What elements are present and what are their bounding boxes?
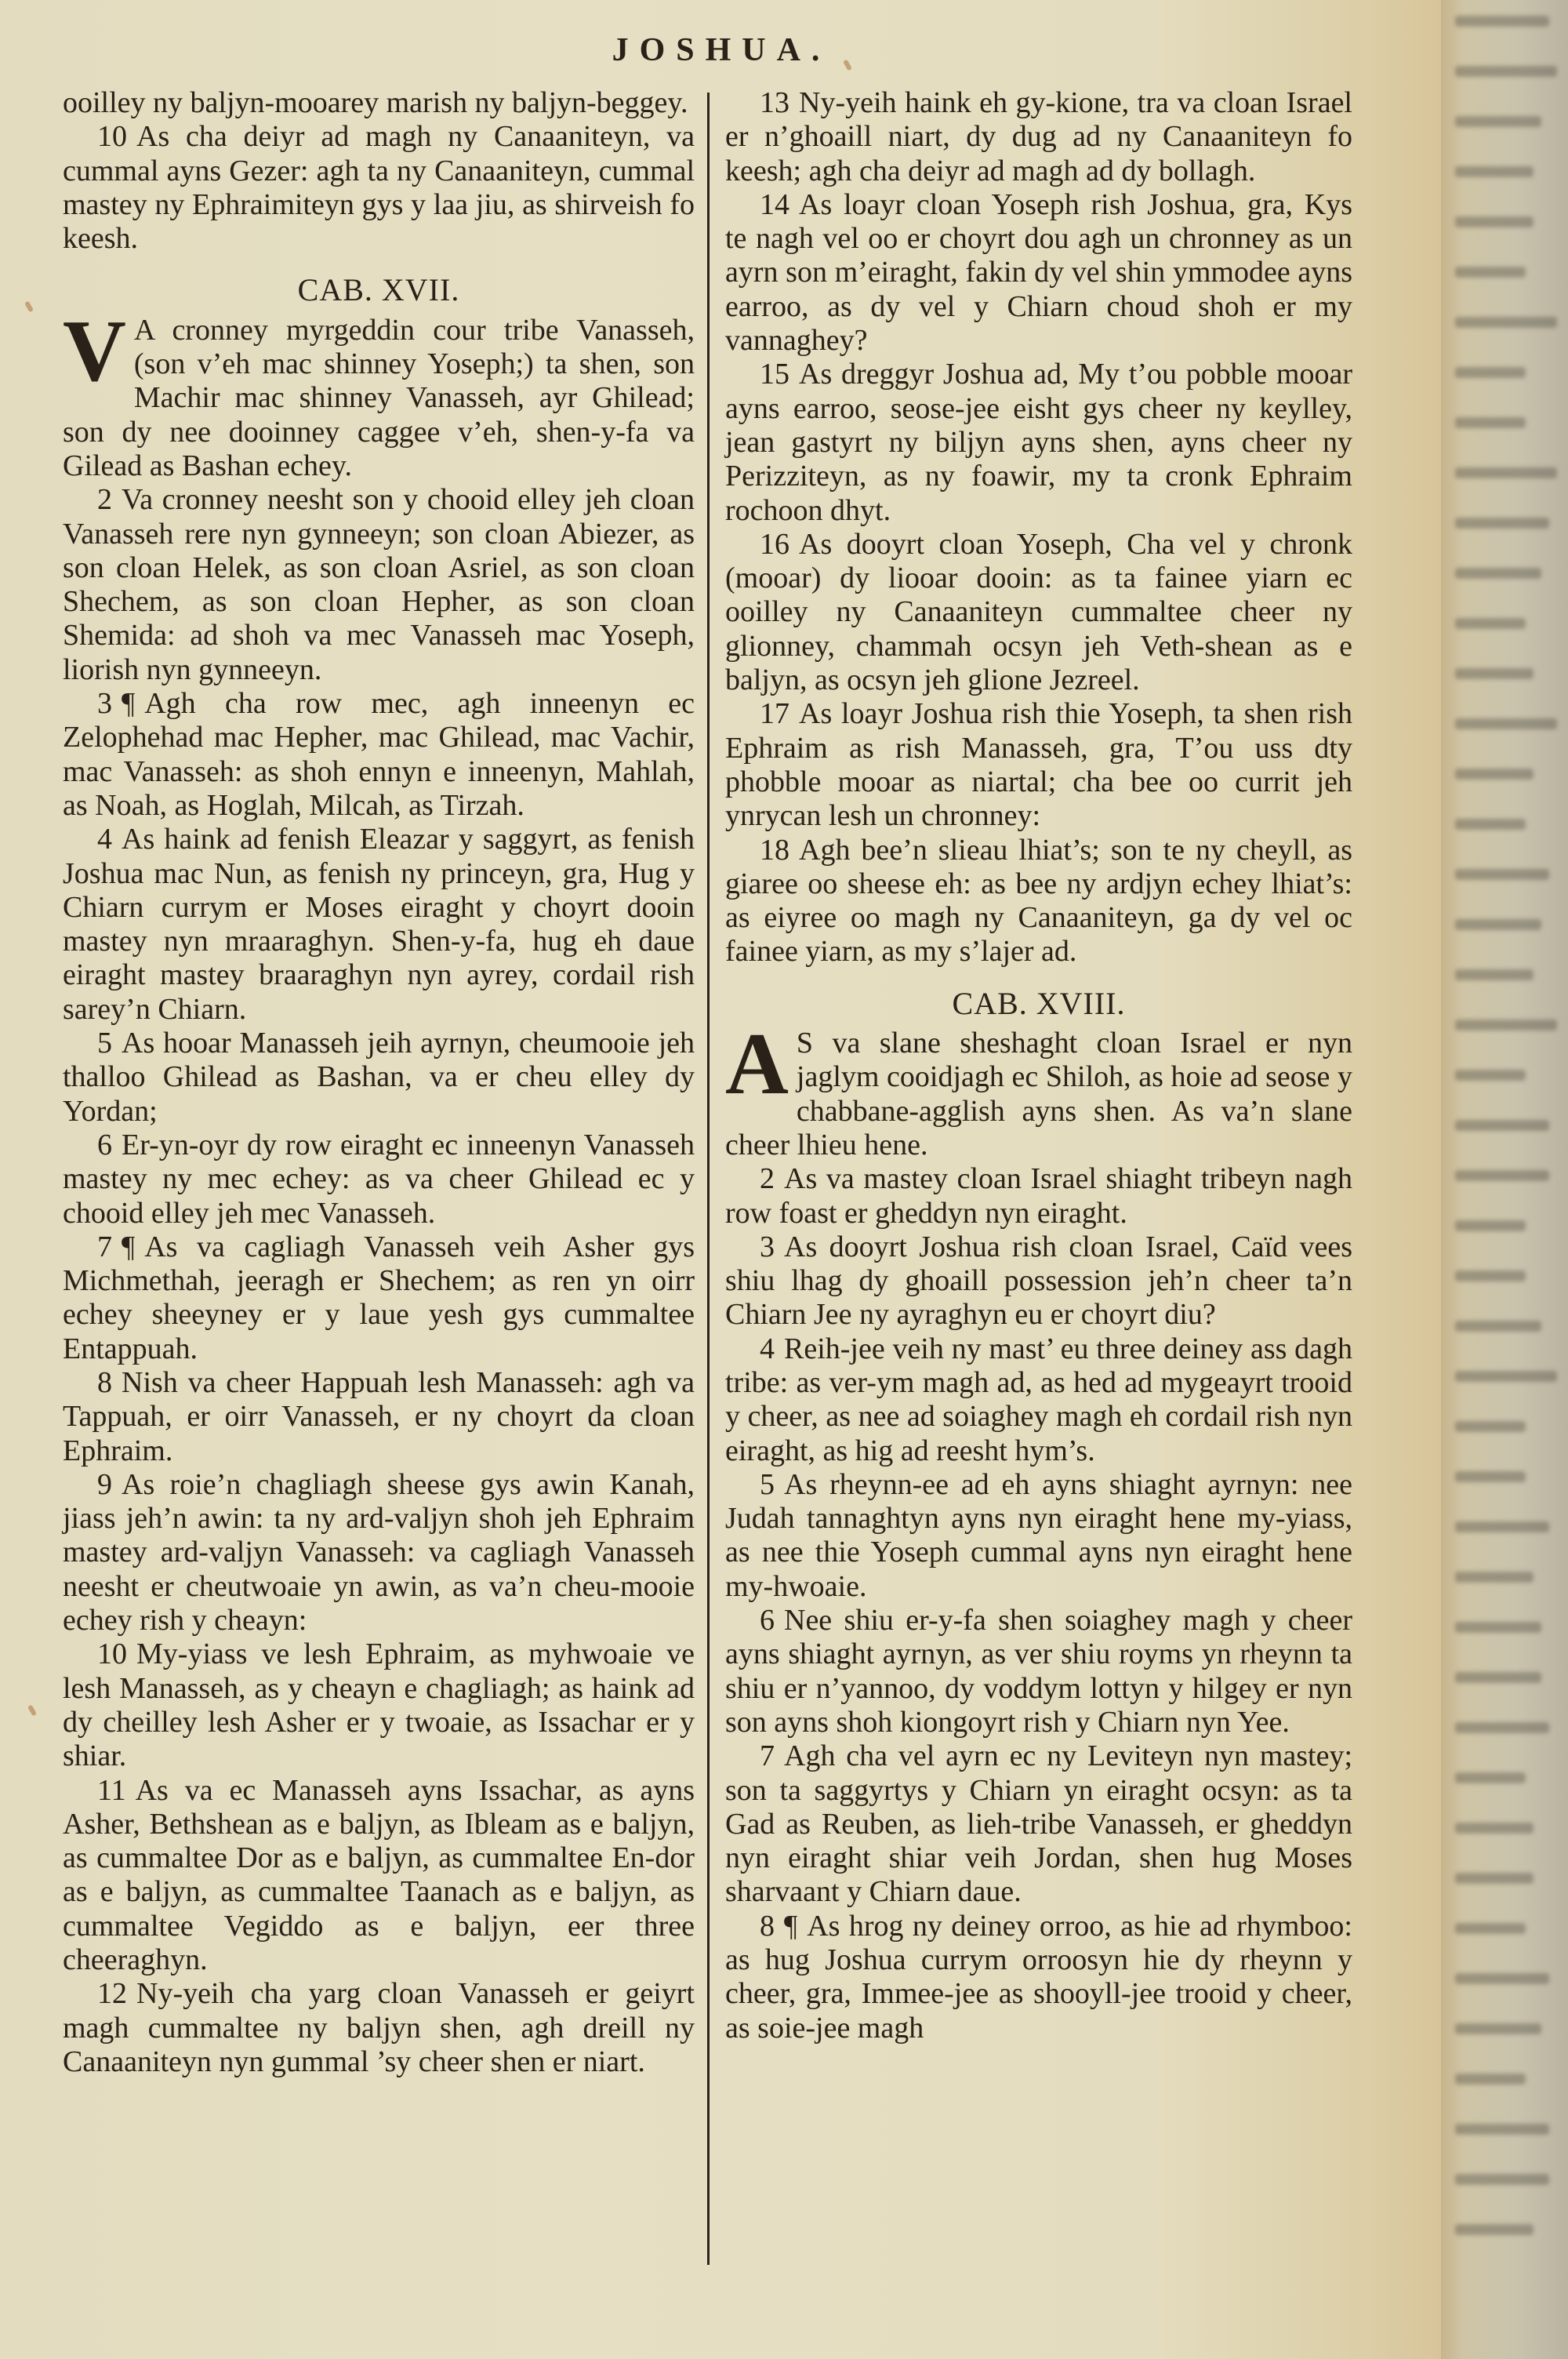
adjacent-page-text-line [1455, 66, 1557, 77]
pilcrow-mark: ¶ [122, 1230, 135, 1263]
adjacent-page-text-line [1455, 417, 1526, 428]
verse: 14As loayr cloan Yoseph rish Joshua, gra… [725, 188, 1352, 358]
adjacent-page-text-line [1455, 1371, 1557, 1382]
running-head: JOSHUA. [0, 31, 1443, 69]
verse: 7¶As va cagliagh Vanasseh veih Asher gys… [63, 1230, 695, 1366]
adjacent-page-edge [1441, 0, 1568, 2359]
verse-number: 2 [760, 1162, 775, 1195]
adjacent-page-text-line [1455, 116, 1541, 127]
verse: 17As loayr Joshua rish thie Yoseph, ta s… [725, 697, 1352, 833]
adjacent-page-text-line [1455, 16, 1549, 27]
adjacent-page-text-line [1455, 1220, 1526, 1231]
chapter-heading: CAB. XVII. [63, 273, 695, 307]
verse-text: As dooyrt cloan Yoseph, Cha vel y chronk… [725, 528, 1352, 696]
verse-text: As haink ad fenish Eleazar y saggyrt, as… [63, 823, 695, 1025]
adjacent-page-text-line [1455, 1471, 1526, 1482]
verse: 7Agh cha vel ayrn ec ny Leviteyn nyn mas… [725, 1739, 1352, 1909]
chapter-opening-paragraph: AS va slane sheshaght cloan Israel er ny… [725, 1027, 1352, 1162]
verse: 3As dooyrt Joshua rish cloan Israel, Caï… [725, 1230, 1352, 1332]
adjacent-page-text-line [1455, 568, 1541, 579]
verse-text: Nee shiu er-y-fa shen soiaghey magh y ch… [725, 1604, 1352, 1739]
adjacent-page-text-line [1455, 518, 1549, 529]
drop-cap-initial: A [725, 1030, 789, 1099]
verse: 6Nee shiu er-y-fa shen soiaghey magh y c… [725, 1604, 1352, 1739]
verse-number: 3 [97, 687, 112, 720]
adjacent-page-text-line [1455, 1772, 1526, 1783]
adjacent-page-text-line [1455, 166, 1534, 177]
verse-text: As va cagliagh Vanasseh veih Asher gys M… [63, 1230, 695, 1365]
adjacent-page-text-line [1455, 1823, 1534, 1834]
adjacent-page-text-line [1455, 267, 1526, 278]
verse: 18Agh bee’n slieau lhiat’s; son te ny ch… [725, 834, 1352, 969]
adjacent-page-text-line [1455, 1722, 1549, 1733]
adjacent-page-text-line [1455, 2124, 1549, 2135]
verse-number: 4 [97, 823, 112, 856]
adjacent-page-text-line [1455, 1873, 1534, 1884]
adjacent-page-text-line [1455, 769, 1534, 780]
verse: 15As dreggyr Joshua ad, My t’ou pobble m… [725, 358, 1352, 527]
verse-text: Agh cha vel ayrn ec ny Leviteyn nyn mast… [725, 1739, 1352, 1908]
adjacent-page-text-line [1455, 618, 1526, 629]
verse-number: 13 [760, 86, 789, 119]
verse-number: 7 [760, 1739, 775, 1772]
drop-cap-initial: V [63, 317, 126, 386]
verse-text: As dreggyr Joshua ad, My t’ou pobble moo… [725, 358, 1352, 526]
verse: 6Er-yn-oyr dy row eiraght ec inneenyn Va… [63, 1129, 695, 1230]
verse-text: As loayr Joshua rish thie Yoseph, ta she… [725, 697, 1352, 832]
adjacent-page-text-line [1455, 1973, 1549, 1984]
adjacent-page-text-line [1455, 1120, 1549, 1131]
adjacent-page-text-line [1455, 1170, 1549, 1181]
verse: 2Va cronney neesht son y chooid elley je… [63, 483, 695, 687]
verse-number: 6 [97, 1129, 112, 1161]
verse: 9As roie’n chagliagh sheese gys awin Kan… [63, 1468, 695, 1637]
verse: 11As va ec Manasseh ayns Issachar, as ay… [63, 1774, 695, 1978]
verse-text: Agh bee’n slieau lhiat’s; son te ny chey… [725, 834, 1352, 969]
verse: 4Reih-jee veih ny mast’ eu three deiney … [725, 1332, 1352, 1468]
verse-text: As rheynn-ee ad eh ayns shiaght ayrnyn: … [725, 1468, 1352, 1603]
verse-number: 15 [760, 358, 789, 391]
verse-number: 4 [760, 1332, 775, 1365]
verse-text: As va ec Manasseh ayns Issachar, as ayns… [63, 1774, 695, 1976]
verse: 8Nish va cheer Happuah lesh Manasseh: ag… [63, 1366, 695, 1468]
verse-number: 12 [97, 1977, 127, 2010]
adjacent-page-text-line [1455, 1020, 1557, 1030]
adjacent-page-text-line [1455, 969, 1534, 980]
verse-text: Reih-jee veih ny mast’ eu three deiney a… [725, 1332, 1352, 1467]
verse: 10As cha deiyr ad magh ny Canaaniteyn, v… [63, 120, 695, 256]
verse: 10My-yiass ve lesh Ephraim, as myhwoaie … [63, 1637, 695, 1773]
adjacent-page-text-line [1455, 2074, 1526, 2085]
adjacent-page-text-line [1455, 2023, 1541, 2034]
paper-stain [27, 1704, 37, 1716]
adjacent-page-text-line [1455, 2224, 1534, 2235]
chapter-opening-paragraph: VA cronney myrgeddin cour tribe Vanasseh… [63, 314, 695, 483]
verse-text: S va slane sheshaght cloan Israel er nyn… [725, 1027, 1352, 1161]
adjacent-page-text-line [1455, 1321, 1541, 1332]
adjacent-page-text-line [1455, 1270, 1526, 1281]
verse-text: My-yiass ve lesh Ephraim, as myhwoaie ve… [63, 1637, 695, 1772]
verse-number: 6 [760, 1604, 775, 1637]
verse-number: 5 [97, 1027, 112, 1060]
verse: 2As va mastey cloan Israel shiaght tribe… [725, 1162, 1352, 1230]
verse-number: 7 [97, 1230, 112, 1263]
verse-number: 9 [97, 1468, 112, 1501]
verse-number: 3 [760, 1230, 775, 1263]
verse-number: 10 [97, 120, 127, 153]
paper-stain [24, 300, 34, 312]
left-column: ooilley ny baljyn-mooarey marish ny balj… [63, 86, 695, 2079]
verse-text: A cronney myrgeddin cour tribe Vanasseh,… [63, 314, 695, 482]
verse-text: As roie’n chagliagh sheese gys awin Kana… [63, 1468, 695, 1637]
verse-number: 11 [97, 1774, 126, 1807]
verse-text: Va cronney neesht son y chooid elley jeh… [63, 483, 695, 685]
book-page: JOSHUA. ooilley ny baljyn-mooarey marish… [0, 0, 1443, 2359]
verse: 12Ny-yeih cha yarg cloan Vanasseh er gei… [63, 1977, 695, 2079]
verse-text: Agh cha row mec, agh inneenyn ec Zelophe… [63, 687, 695, 822]
adjacent-page-text-line [1455, 919, 1541, 930]
adjacent-page-text-line [1455, 2174, 1549, 2185]
verse-text: As dooyrt Joshua rish cloan Israel, Caïd… [725, 1230, 1352, 1332]
adjacent-page-text-line [1455, 819, 1526, 830]
verse-number: 16 [760, 528, 789, 561]
verse-text: Ny-yeih haink eh gy-kione, tra va cloan … [725, 86, 1352, 187]
verse: 3¶Agh cha row mec, agh inneenyn ec Zelop… [63, 687, 695, 823]
adjacent-page-text-line [1455, 1070, 1526, 1081]
verse-text: Ny-yeih cha yarg cloan Vanasseh er geiyr… [63, 1977, 695, 2078]
right-column: 13Ny-yeih haink eh gy-kione, tra va cloa… [725, 86, 1352, 2045]
verse: 5As rheynn-ee ad eh ayns shiaght ayrnyn:… [725, 1468, 1352, 1604]
verse-text: As hooar Manasseh jeih ayrnyn, cheumooie… [63, 1027, 695, 1128]
adjacent-page-text-line [1455, 367, 1526, 378]
verse-number: 18 [760, 834, 789, 867]
adjacent-page-text-line [1455, 1923, 1526, 1934]
adjacent-page-text-line [1455, 317, 1557, 328]
verse-number: 5 [760, 1468, 775, 1501]
adjacent-page-text-line [1455, 1622, 1541, 1633]
adjacent-page-text-line [1455, 1672, 1541, 1683]
adjacent-page-text-line [1455, 1572, 1534, 1583]
verse-text: As cha deiyr ad magh ny Canaaniteyn, va … [63, 120, 695, 255]
pilcrow-mark: ¶ [784, 1910, 797, 1943]
verse: 16As dooyrt cloan Yoseph, Cha vel y chro… [725, 528, 1352, 697]
verse-number: 17 [760, 697, 789, 730]
verse-number: 10 [97, 1637, 127, 1670]
verse-number: 8 [97, 1366, 112, 1399]
verse-text: Er-yn-oyr dy row eiraght ec inneenyn Van… [63, 1129, 695, 1230]
chapter-heading: CAB. XVIII. [725, 987, 1352, 1020]
verse-number: 8 [760, 1910, 775, 1943]
adjacent-page-text-line [1455, 869, 1549, 880]
verse-number: 14 [760, 188, 789, 221]
verse-number: 2 [97, 483, 112, 516]
verse-text: As hrog ny deiney orroo, as hie ad rhymb… [725, 1910, 1352, 2045]
adjacent-page-text-line [1455, 216, 1534, 227]
verse: 13Ny-yeih haink eh gy-kione, tra va cloa… [725, 86, 1352, 188]
adjacent-page-text-line [1455, 668, 1534, 679]
adjacent-page-text-line [1455, 1421, 1526, 1432]
column-divider-rule [707, 93, 710, 2265]
verse: 5As hooar Manasseh jeih ayrnyn, cheumooi… [63, 1027, 695, 1129]
adjacent-page-text-line [1455, 1521, 1549, 1532]
verse-text: As va mastey cloan Israel shiaght tribey… [725, 1162, 1352, 1229]
verse-text: Nish va cheer Happuah lesh Manasseh: agh… [63, 1366, 695, 1467]
verse: 8¶As hrog ny deiney orroo, as hie ad rhy… [725, 1910, 1352, 2045]
adjacent-page-text-line [1455, 467, 1557, 478]
verse: 4As haink ad fenish Eleazar y saggyrt, a… [63, 823, 695, 1027]
continued-verse-text: ooilley ny baljyn-mooarey marish ny balj… [63, 86, 695, 120]
pilcrow-mark: ¶ [122, 687, 135, 720]
verse-text: As loayr cloan Yoseph rish Joshua, gra, … [725, 188, 1352, 357]
adjacent-page-text-line [1455, 718, 1557, 729]
